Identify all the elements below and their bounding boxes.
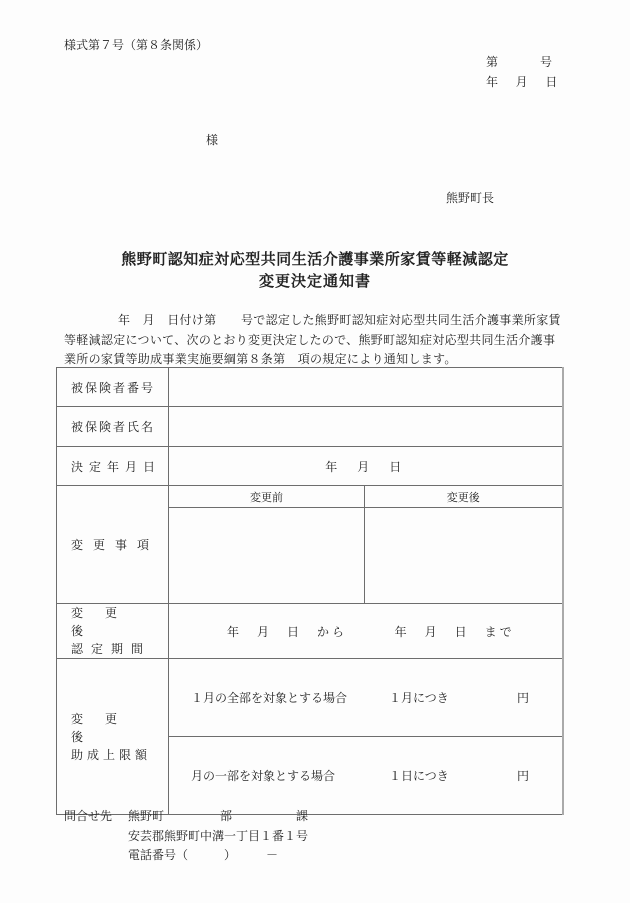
document-number: 第号	[486, 53, 552, 70]
limit-case: １月の全部を対象とする場合	[191, 689, 389, 706]
notice-form-table: 被保険者番号 被保険者氏名 決定年月日 年 月 日 変更事項 変更前 変更後 変…	[56, 367, 564, 815]
body-paragraph-text: 年 月 日付け第 号で認定した熊野町認知症対応型共同生活介護事業所家賃等軽減認定…	[64, 313, 561, 366]
period-to: 年 月 日 まで	[395, 625, 515, 639]
addressee: 様	[206, 131, 218, 148]
decision-date-field[interactable]: 年 月 日	[169, 447, 563, 486]
limit-label-line1: 変更後	[71, 710, 168, 746]
limit-case: 月の一部を対象とする場合	[191, 767, 389, 784]
contact-department: 部	[220, 807, 296, 827]
contact-info: 問合せ先熊野町部課 安芸郡熊野町中溝一丁目１番１号 電話番号（ ） －	[64, 807, 308, 866]
insured-name-field[interactable]	[169, 407, 563, 447]
limit-label: 変更後 助成上限額	[57, 659, 169, 815]
limit-currency: 円	[517, 689, 529, 706]
before-change-field[interactable]	[169, 508, 365, 604]
date-month: 月	[516, 75, 528, 89]
issue-date: 年 月 日	[486, 73, 557, 90]
document-title: 熊野町認知症対応型共同生活介護事業所家賃等軽減認定	[0, 248, 630, 269]
limit-row-full-month[interactable]: １月の全部を対象とする場合１月につき円	[169, 659, 563, 737]
after-change-header: 変更後	[365, 486, 563, 508]
contact-phone: 電話番号（ ） －	[64, 846, 308, 866]
insured-number-field[interactable]	[169, 368, 563, 407]
date-day: 日	[545, 75, 557, 89]
insured-number-label: 被保険者番号	[57, 368, 169, 407]
document-subtitle: 変更決定通知書	[0, 270, 630, 291]
limit-row-partial-month[interactable]: 月の一部を対象とする場合１日につき円	[169, 737, 563, 815]
period-label: 変更後 認定期間	[57, 604, 169, 659]
contact-town: 熊野町	[128, 807, 220, 827]
insured-name-label: 被保険者氏名	[57, 407, 169, 447]
after-change-field[interactable]	[365, 508, 563, 604]
limit-unit: １月につき	[389, 689, 517, 706]
doc-number-prefix: 第	[486, 53, 498, 70]
period-label-line2: 認定期間	[71, 640, 168, 658]
limit-currency: 円	[517, 767, 529, 784]
contact-address: 安芸郡熊野町中溝一丁目１番１号	[64, 827, 308, 847]
change-items-label: 変更事項	[57, 486, 169, 604]
contact-section: 課	[296, 807, 308, 827]
period-from: 年 月 日 から	[227, 625, 347, 639]
contact-label: 問合せ先	[64, 807, 128, 827]
decision-date-label: 決定年月日	[57, 447, 169, 486]
form-number: 様式第７号（第８条関係）	[64, 36, 208, 53]
issuer: 熊野町長	[446, 189, 494, 206]
body-paragraph: 年 月 日付け第 号で認定した熊野町認知症対応型共同生活介護事業所家賃等軽減認定…	[64, 311, 564, 370]
doc-number-suffix: 号	[540, 53, 552, 70]
before-change-header: 変更前	[169, 486, 365, 508]
date-year: 年	[486, 75, 498, 89]
limit-label-line2: 助成上限額	[71, 746, 168, 764]
period-label-line1: 変更後	[71, 604, 168, 640]
limit-unit: １日につき	[389, 767, 517, 784]
period-field[interactable]: 年 月 日 から 年 月 日 まで	[169, 604, 563, 659]
